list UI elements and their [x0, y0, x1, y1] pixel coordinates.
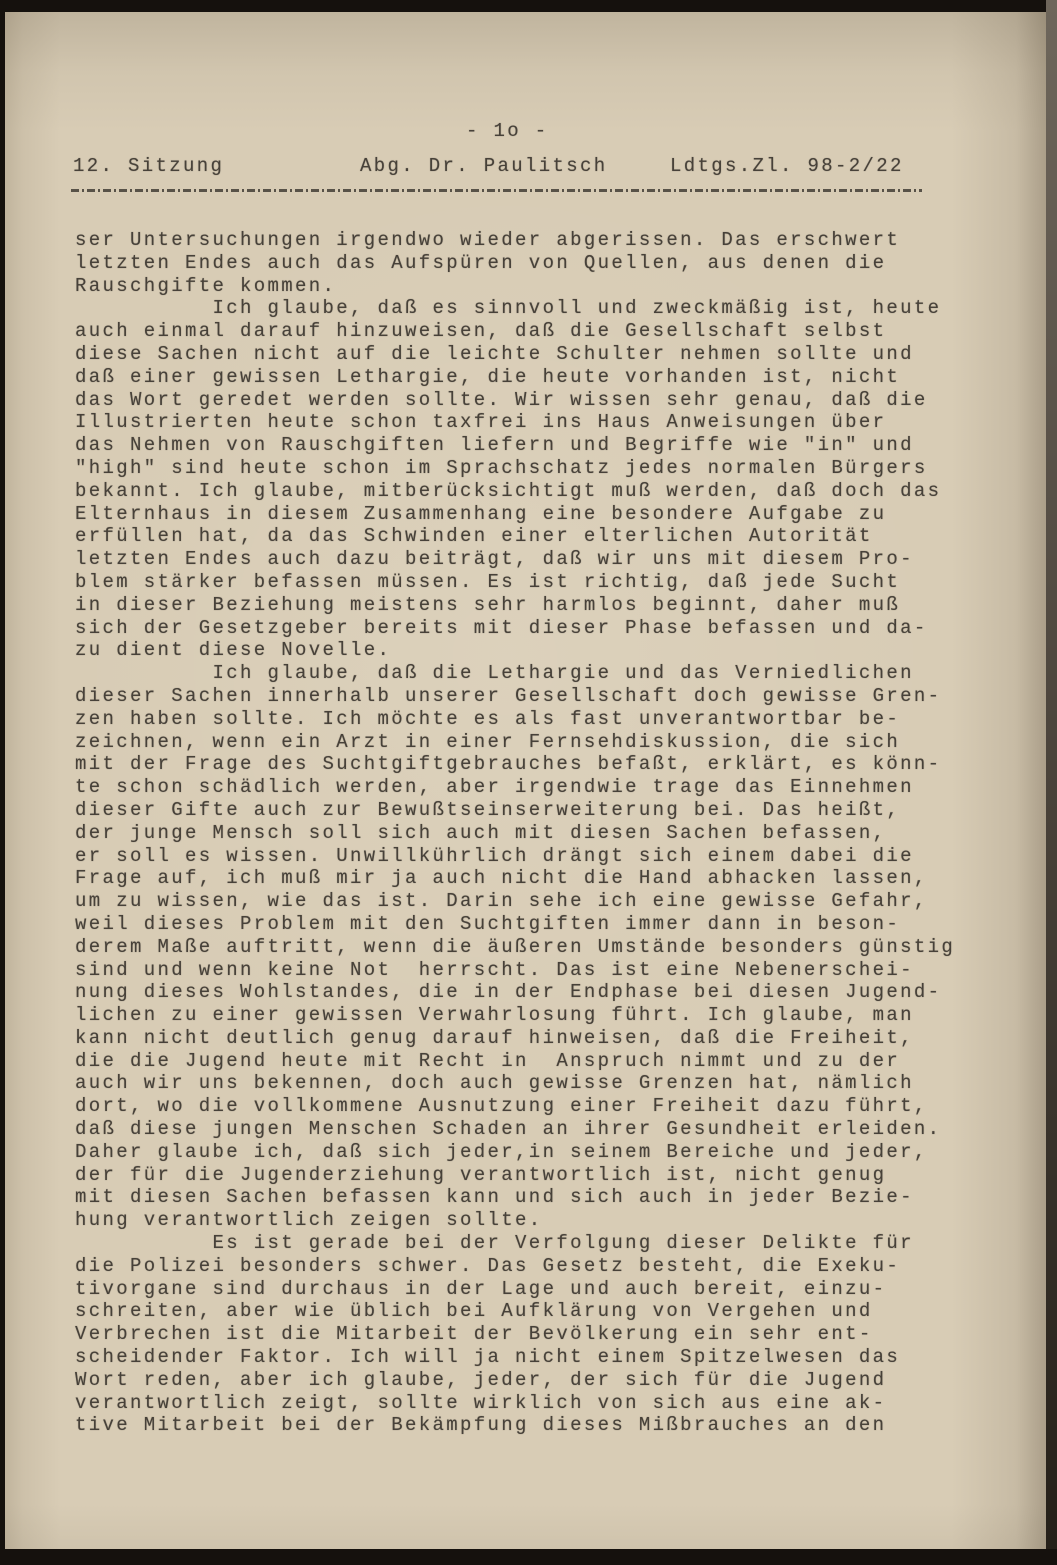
- header-file-number: Ldtgs.Zl. 98-2/22: [670, 155, 904, 177]
- header-speaker-name: Abg. Dr. Paulitsch: [360, 155, 608, 177]
- scan-edge-right: [1046, 0, 1057, 1565]
- speech-body-text: ser Untersuchungen irgendwo wieder abger…: [75, 229, 955, 1437]
- scan-edge-bottom: [0, 1549, 1057, 1565]
- header-separator-rule: [71, 189, 922, 192]
- scanned-document-page: - 1o - 12. Sitzung Abg. Dr. Paulitsch Ld…: [0, 0, 1057, 1565]
- scan-edge-left: [0, 0, 5, 1565]
- page-number: - 1o -: [466, 120, 549, 142]
- header-session-number: 12. Sitzung: [73, 155, 224, 177]
- scan-edge-top: [0, 0, 1057, 12]
